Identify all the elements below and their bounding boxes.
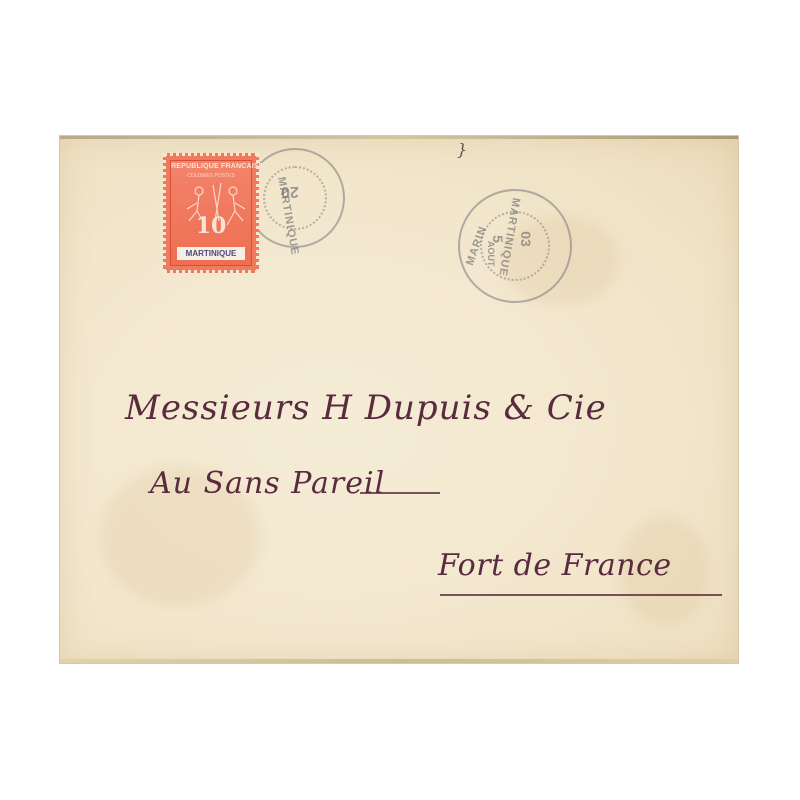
- pencil-mark: }: [457, 140, 467, 159]
- address-line-business: Au Sans Pareil: [150, 466, 385, 501]
- stamp-country: MARTINIQUE: [177, 247, 245, 260]
- underline-city: [440, 594, 722, 596]
- address-line-recipient: Messieurs H Dupuis & Cie: [125, 388, 607, 428]
- underline-business: [360, 492, 440, 494]
- stamp-header: REPUBLIQUE FRANCAISE: [171, 163, 251, 170]
- postmark-date: 20: [281, 182, 299, 200]
- postage-stamp: REPUBLIQUE FRANCAISE COLONIES POSTES 10 …: [163, 153, 259, 273]
- postmark-year: 03: [518, 231, 534, 247]
- stamp-subheader: COLONIES POSTES: [171, 173, 251, 179]
- address-line-city: Fort de France: [438, 548, 672, 583]
- envelope: } MARTINIQUE 20 REPUBLIQUE FRANCAISE COL…: [60, 136, 738, 663]
- postmark-month: AOUT: [486, 241, 496, 267]
- stamp-value: 10: [171, 213, 251, 239]
- postmark-marin: MARIN MARTINIQUE 5 AOUT 03: [458, 189, 572, 303]
